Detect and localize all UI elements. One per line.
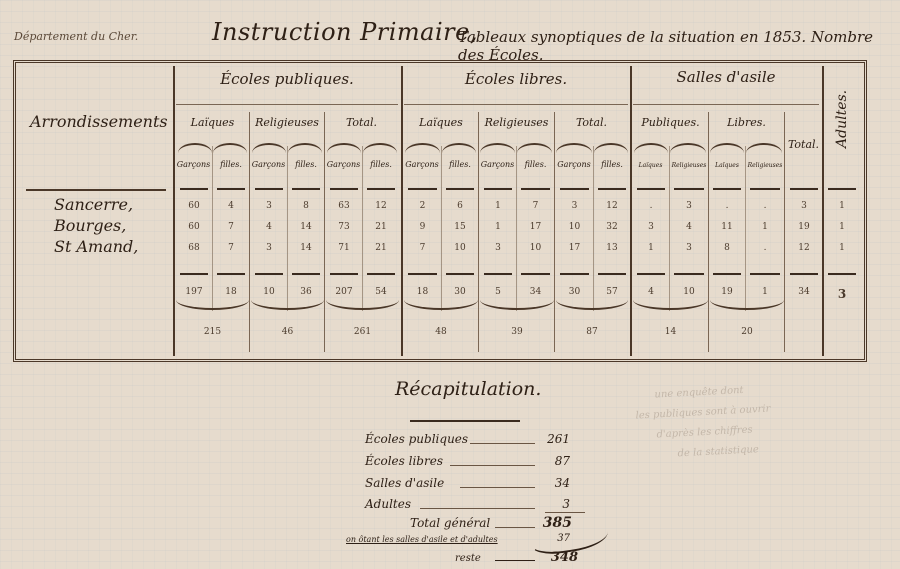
rule [750, 273, 780, 275]
table-cell: 7 [213, 243, 249, 253]
group-total-pub-total: 261 [326, 327, 399, 337]
rule [176, 104, 398, 105]
col-garcons: Garçons [175, 160, 212, 169]
sub-laiques: Laïques [176, 116, 249, 129]
table-cell: 15 [442, 222, 478, 232]
col-filles: filles. [288, 160, 324, 169]
recap-title: Récapitulation. [395, 378, 541, 400]
pencil-note: une enquête dont les publiques sont à ou… [634, 374, 888, 467]
recap-value-publiques: 261 [530, 432, 570, 446]
table-cell: 21 [363, 243, 399, 253]
col-filles: filles. [363, 160, 399, 169]
table-cell: 1 [824, 243, 860, 253]
rule [521, 273, 550, 275]
rule [217, 273, 245, 275]
rule [828, 188, 856, 190]
column-total: 5 [480, 287, 516, 297]
table-cell: 1 [633, 243, 669, 253]
table-cell: 13 [594, 243, 630, 253]
rule [255, 273, 283, 275]
rule [713, 273, 741, 275]
table-cell: 7 [517, 201, 554, 211]
rule [408, 273, 437, 275]
table-cell: 17 [517, 222, 554, 232]
col-asile-pub-laiques: Laïques [632, 162, 669, 169]
table-cell: 7 [213, 222, 249, 232]
table-cell: 7 [404, 243, 441, 253]
rule [367, 273, 395, 275]
table-cell: 1 [480, 201, 516, 211]
divider [173, 66, 175, 356]
divider [401, 66, 403, 356]
sub-total: Total. [555, 116, 628, 129]
column-total: 3 [824, 287, 860, 301]
document-subtitle: Tableaux synoptiques de la situation en … [458, 28, 900, 64]
col-filles: filles. [213, 160, 249, 169]
row-header-arrondissements: Arrondissements [30, 112, 168, 131]
sub-religieuses: Religieuses [250, 116, 324, 129]
rule [560, 188, 589, 190]
rule [637, 273, 665, 275]
table-cell: 10 [442, 243, 478, 253]
rule [790, 188, 818, 190]
table-cell: 12 [363, 201, 399, 211]
column-total: 36 [288, 287, 324, 297]
table-cell: 2 [404, 201, 441, 211]
column-total: 54 [363, 287, 399, 297]
col-filles: filles. [517, 160, 554, 169]
recap-rest-label: reste [455, 553, 481, 564]
sub-publiques: Publiques. [633, 116, 708, 129]
group-total-asile-libres: 20 [710, 327, 784, 337]
rule [828, 273, 856, 275]
col-filles: filles. [442, 160, 478, 169]
rule [330, 273, 358, 275]
rule [330, 188, 358, 190]
rule [404, 104, 628, 105]
rule [217, 188, 245, 190]
column-total: 207 [326, 287, 362, 297]
table-cell: . [746, 201, 784, 211]
table-cell: . [709, 201, 745, 211]
table-cell: 71 [326, 243, 362, 253]
column-total: 34 [517, 287, 554, 297]
column-total: 19 [709, 287, 745, 297]
table-cell: 19 [786, 222, 822, 232]
divider [554, 112, 555, 352]
rule [255, 188, 283, 190]
table-cell: 3 [670, 243, 708, 253]
rule [598, 273, 626, 275]
table-cell: . [633, 201, 669, 211]
table-cell: 4 [251, 222, 287, 232]
rule [713, 188, 741, 190]
recap-value-asile: 34 [530, 476, 570, 490]
table-cell: 10 [556, 222, 593, 232]
table-cell: 3 [670, 201, 708, 211]
recap-deduction-label: on ôtant les salles d'asile et d'adultes [346, 535, 498, 544]
recap-label-adultes: Adultes [365, 497, 411, 511]
rule [410, 420, 520, 422]
column-total: 10 [670, 287, 708, 297]
district-bourges: Bourges, [54, 216, 126, 235]
column-total: 34 [786, 287, 822, 297]
rule [637, 188, 665, 190]
table-cell: 3 [251, 243, 287, 253]
col-garcons: Garçons [479, 160, 516, 169]
rule [408, 188, 437, 190]
column-total: 18 [404, 287, 441, 297]
table-cell: 60 [176, 201, 212, 211]
col-garcons: Garçons [403, 160, 441, 169]
table-cell: 32 [594, 222, 630, 232]
column-total: 10 [251, 287, 287, 297]
group-total-asile-publiques: 14 [633, 327, 708, 337]
divider [708, 112, 709, 352]
table-cell: 63 [326, 201, 362, 211]
rule [26, 189, 166, 191]
sub-libres: Libres. [709, 116, 784, 129]
table-cell: 3 [251, 201, 287, 211]
group-total-lib-religieuses: 39 [480, 327, 554, 337]
table-cell: 4 [670, 222, 708, 232]
divider [822, 66, 824, 356]
recap-value-adultes: 3 [530, 497, 570, 511]
group-salles-asile: Salles d'asile [633, 68, 819, 86]
divider [249, 112, 250, 352]
table-cell: 1 [824, 201, 860, 211]
divider [478, 112, 479, 352]
rule [367, 188, 395, 190]
column-total: 197 [176, 287, 212, 297]
column-total: 1 [746, 287, 784, 297]
rule [598, 188, 626, 190]
table-cell: 10 [517, 243, 554, 253]
column-total: 18 [213, 287, 249, 297]
divider [630, 66, 632, 356]
col-asile-lib-laiques: Laïques [709, 162, 745, 169]
table-cell: 3 [480, 243, 516, 253]
col-asile-pub-religieuses: Religieuses [670, 162, 708, 169]
sub-religieuses: Religieuses [479, 116, 554, 129]
group-ecoles-publiques: Écoles publiques. [176, 70, 398, 88]
col-garcons: Garçons [250, 160, 287, 169]
col-filles: filles. [594, 160, 630, 169]
col-asile-lib-religieuses: Religieuses [746, 162, 784, 169]
rule [750, 188, 780, 190]
district-st-amand: St Amand, [54, 237, 138, 256]
rule [446, 188, 474, 190]
document-title: Instruction Primaire, [212, 18, 478, 46]
table-cell: 14 [288, 243, 324, 253]
group-total-pub-religieuses: 46 [251, 327, 324, 337]
table-cell: 73 [326, 222, 362, 232]
rule [633, 104, 819, 105]
table-cell: 1 [480, 222, 516, 232]
column-total: 30 [556, 287, 593, 297]
table-cell: 3 [556, 201, 593, 211]
table-cell: 6 [442, 201, 478, 211]
sub-laiques: Laïques [404, 116, 478, 129]
table-cell: 60 [176, 222, 212, 232]
table-cell: 12 [594, 201, 630, 211]
table-cell: 8 [288, 201, 324, 211]
sub-total: Total. [325, 116, 398, 129]
group-total-pub-laiques: 215 [176, 327, 249, 337]
col-garcons: Garçons [555, 160, 593, 169]
column-total: 57 [594, 287, 630, 297]
col-garcons: Garçons [325, 160, 362, 169]
rule [560, 273, 589, 275]
recap-value-libres: 87 [530, 454, 570, 468]
rule [446, 273, 474, 275]
recap-rest-value: 348 [538, 550, 578, 565]
rule [292, 273, 320, 275]
table-cell: 3 [633, 222, 669, 232]
group-total-lib-total: 87 [556, 327, 628, 337]
table-cell: 1 [746, 222, 784, 232]
divider [324, 112, 325, 352]
column-adultes: Adultes. [834, 112, 854, 148]
rule [484, 273, 512, 275]
table-cell: 4 [213, 201, 249, 211]
table-cell: 8 [709, 243, 745, 253]
rule [180, 273, 208, 275]
table-cell: 21 [363, 222, 399, 232]
recap-total-label: Total général [410, 516, 490, 530]
column-total: 30 [442, 287, 478, 297]
rule [484, 188, 512, 190]
district-sancerre: Sancerre, [54, 195, 133, 214]
recap-label-asile: Salles d'asile [365, 476, 444, 490]
rule [674, 188, 704, 190]
column-total: 4 [633, 287, 669, 297]
rule [790, 273, 818, 275]
sub-total-asile: Total. [785, 138, 822, 151]
table-cell: 9 [404, 222, 441, 232]
table-cell: 3 [786, 201, 822, 211]
rule [521, 188, 550, 190]
table-cell: 68 [176, 243, 212, 253]
rule [674, 273, 704, 275]
table-cell: 12 [786, 243, 822, 253]
table-cell: . [746, 243, 784, 253]
table-cell: 1 [824, 222, 860, 232]
recap-label-libres: Écoles libres [365, 454, 443, 468]
table-cell: 11 [709, 222, 745, 232]
synoptic-table [13, 60, 867, 362]
rule [292, 188, 320, 190]
group-ecoles-libres: Écoles libres. [404, 70, 628, 88]
department-label: Département du Cher. [14, 30, 138, 43]
rule [180, 188, 208, 190]
recap-label-publiques: Écoles publiques [365, 432, 468, 446]
group-total-lib-laiques: 48 [404, 327, 478, 337]
table-cell: 17 [556, 243, 593, 253]
table-cell: 14 [288, 222, 324, 232]
